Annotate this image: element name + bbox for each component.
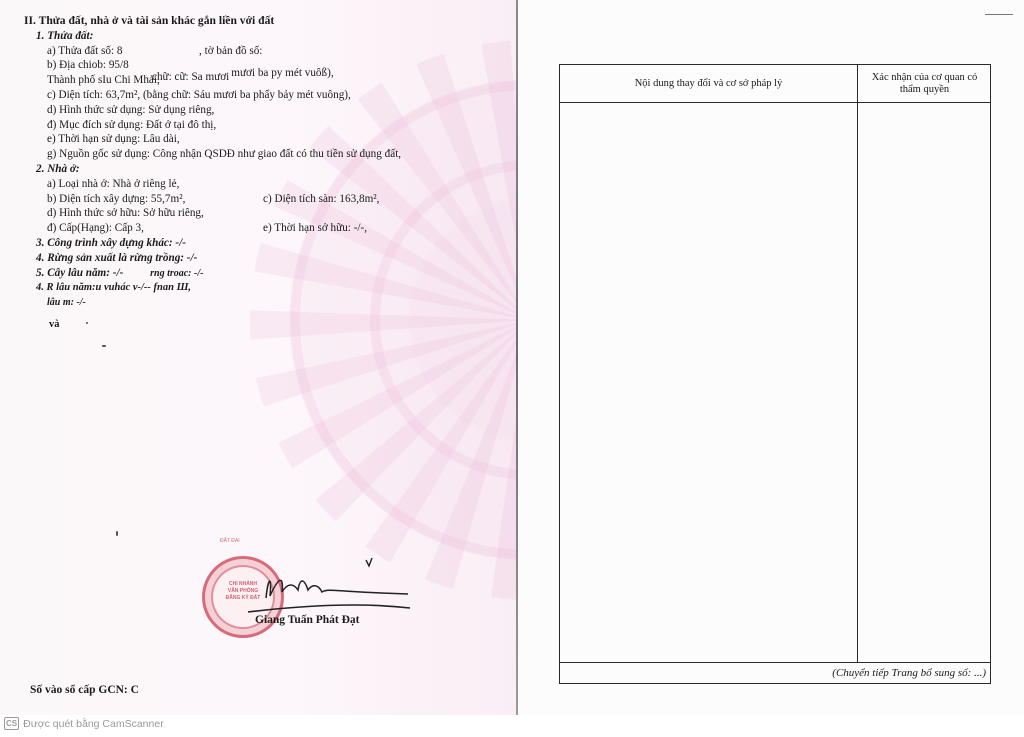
floor-area: c) Diện tích sàn: 163,8m², bbox=[263, 192, 379, 207]
authority-confirmation-cell bbox=[857, 102, 991, 662]
scan-speck bbox=[86, 322, 88, 324]
ownership-form: d) Hình thức sở hữu: Sở hữu riêng, bbox=[24, 206, 401, 221]
camscanner-logo-icon: CS bbox=[4, 717, 19, 730]
camscanner-text: Được quét bằng CamScanner bbox=[23, 718, 164, 730]
other-construction: 3. Công trình xây dựng khác: -/- bbox=[24, 236, 401, 251]
land-area: c) Diện tích: 63,7m², (bằng chữ: Sáu mươ… bbox=[24, 88, 401, 103]
land-use-origin: g) Nguồn gốc sử dụng: Công nhận QSDĐ như… bbox=[24, 147, 401, 162]
certificate-registry-number: Số vào sổ cấp GCN: C bbox=[30, 684, 139, 696]
house-grade: đ) Cấp(Hạng): Cấp 3, bbox=[47, 221, 263, 236]
land-use-term: e) Thời hạn sử dụng: Lâu dài, bbox=[24, 132, 401, 147]
perennial-trees-text: 5. Cây lâu năm: -/- bbox=[36, 267, 123, 279]
address-overlap: chữ: cữ: Sa mươimươi ba py mét vuôß), bbox=[154, 73, 334, 88]
scan-speck bbox=[102, 345, 106, 347]
house-grade-row: đ) Cấp(Hạng): Cấp 3, e) Thời hạn sở hữu:… bbox=[24, 221, 401, 236]
plot-row: a) Thửa đất số: 8 , tờ bản đồ số: bbox=[24, 44, 401, 59]
address-city: Thành phố sIu Chi Mhải, bbox=[47, 74, 160, 86]
address-line2: Thành phố sIu Chi Mhải, chữ: cữ: Sa mươi… bbox=[24, 73, 401, 88]
land-info-block: II. Thửa đất, nhà ở và tài sản khác gắn … bbox=[24, 14, 401, 311]
overlap-b: mươi ba py mét vuôß), bbox=[231, 67, 333, 79]
overlap-a: chữ: cữ: Sa mươi bbox=[152, 71, 229, 83]
scan-speck bbox=[116, 531, 118, 536]
land-heading: 1. Thửa đất: bbox=[24, 29, 401, 44]
changes-table: Nội dung thay đổi và cơ sở pháp lý Xác n… bbox=[559, 64, 991, 684]
signature-area: ĐẤT ĐAI CHI NHÁNH VĂN PHÒNG ĐĂNG KÝ ĐẤT … bbox=[198, 538, 428, 648]
planted-forest: 4. Rừng sản xuất là rừng trồng: -/- bbox=[24, 251, 401, 266]
left-page: II. Thửa đất, nhà ở và tài sản khác gắn … bbox=[0, 0, 517, 715]
build-area: b) Diện tích xây dựng: 55,7m², bbox=[47, 192, 263, 207]
section-title: II. Thửa đất, nhà ở và tài sản khác gắn … bbox=[24, 14, 401, 29]
plot-number: a) Thửa đất số: 8 bbox=[47, 44, 199, 59]
table-footer-note: (Chuyển tiếp Trang bổ sung số: ...) bbox=[560, 662, 990, 683]
garbled-fragment-3: lâu m: -/- bbox=[24, 296, 401, 311]
land-use-form: d) Hình thức sử dụng: Sử dụng riêng, bbox=[24, 103, 401, 118]
signer-name: Giang Tuấn Phát Đạt bbox=[255, 614, 360, 626]
garbled-fragment-1: rng troac: -/- bbox=[150, 268, 203, 279]
house-area-row: b) Diện tích xây dựng: 55,7m², c) Diện t… bbox=[24, 192, 401, 207]
house-heading: 2. Nhà ở: bbox=[24, 162, 401, 177]
camscanner-watermark: CS Được quét bằng CamScanner bbox=[4, 717, 164, 730]
land-use-purpose: đ) Mục đích sử dụng: Đất ở tại đô thị, bbox=[24, 118, 401, 133]
map-sheet: , tờ bản đồ số: bbox=[199, 44, 262, 59]
changes-content-cell bbox=[560, 102, 857, 662]
perennial-trees: 5. Cây lâu năm: -/- rng troac: -/- bbox=[24, 266, 401, 282]
ownership-term: e) Thời hạn sở hữu: -/-, bbox=[263, 221, 367, 236]
garbled-fragment-va: và bbox=[49, 319, 60, 330]
stamp-top-text: ĐẤT ĐAI bbox=[220, 538, 240, 544]
header-authority-confirmation: Xác nhận của cơ quan có thẩm quyền bbox=[857, 65, 991, 102]
garbled-line: 4. R lâu năm:u vuhác v-/-- fnan Ш, bbox=[24, 281, 401, 296]
scan-mark bbox=[985, 14, 1013, 15]
header-changes-content: Nội dung thay đổi và cơ sở pháp lý bbox=[560, 65, 857, 102]
signature-icon bbox=[238, 548, 428, 618]
table-header: Nội dung thay đổi và cơ sở pháp lý Xác n… bbox=[560, 65, 990, 103]
house-type: a) Loại nhà ở: Nhà ở riêng lẻ, bbox=[24, 177, 401, 192]
